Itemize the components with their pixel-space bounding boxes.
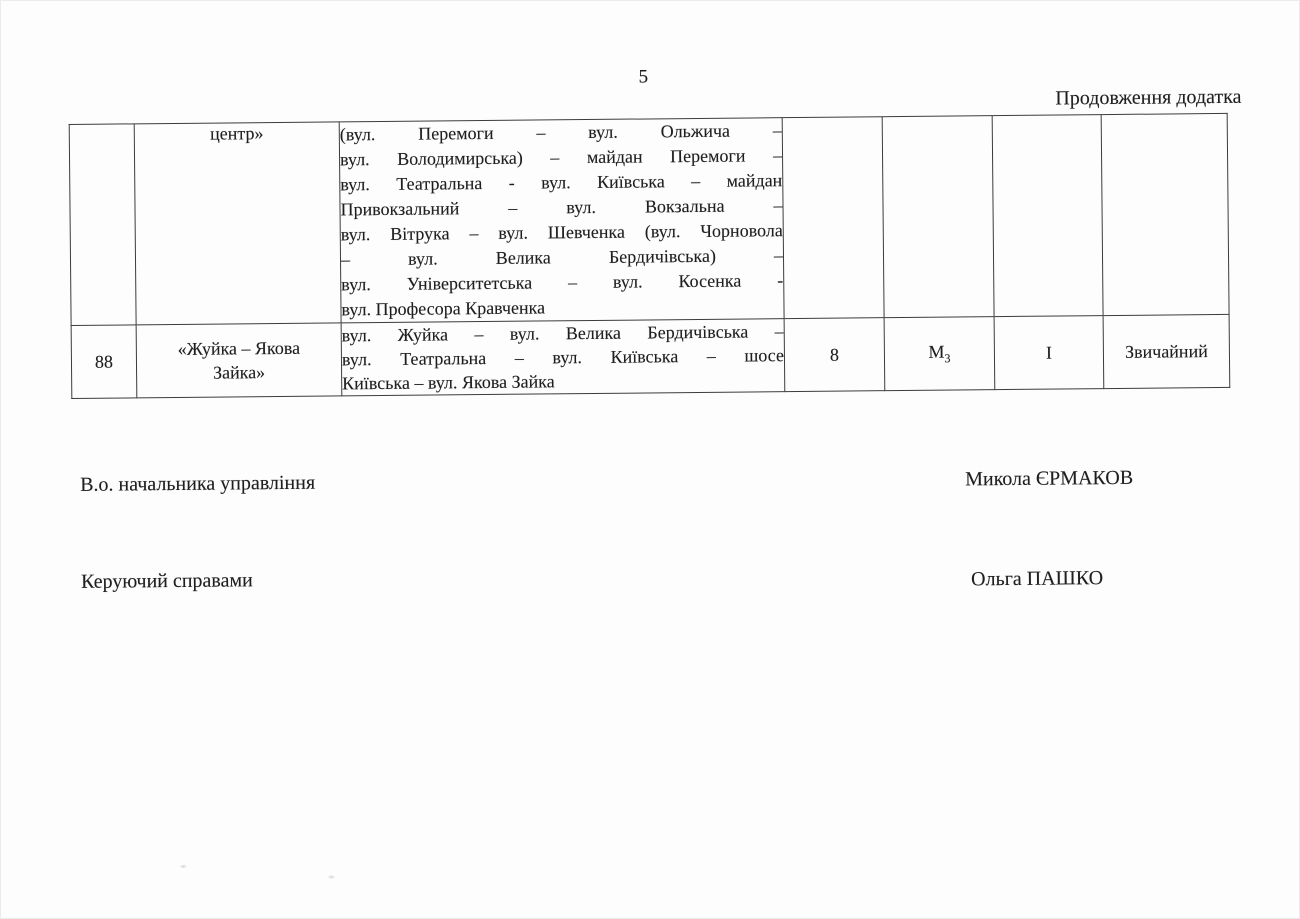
- routes-table: центр» (вул. Перемоги – вул. Ольжича – в…: [69, 113, 1231, 399]
- signature-name-1: Микола ЄРМАКОВ: [965, 467, 1133, 492]
- cell-route-name: «Жуйка – Якова Зайка»: [136, 323, 342, 398]
- route-name-line: «Жуйка – Якова: [137, 335, 341, 361]
- cell-bus-class: [882, 116, 994, 318]
- table-row-continued: центр» (вул. Перемоги – вул. Ольжича – в…: [69, 113, 1229, 325]
- cell-bus-class: М3: [884, 317, 995, 391]
- route-path-line: вул. Професора Кравченка: [341, 293, 783, 322]
- cell-route-number: 88: [71, 325, 137, 399]
- bus-class-subscript: 3: [944, 351, 950, 365]
- bus-class-value: М: [928, 341, 944, 361]
- cell-route-path: (вул. Перемоги – вул. Ольжича – вул. Вол…: [339, 118, 784, 323]
- route-path-line: Київська – вул. Якова Зайка: [342, 367, 784, 395]
- cell-length: 8: [784, 318, 885, 392]
- scan-content: 5 Продовження додатка центр»: [0, 0, 1300, 919]
- signature-title-1: В.о. начальника управління: [80, 472, 315, 497]
- cell-route-path: вул. Жуйка – вул. Велика Бердичівська – …: [341, 319, 785, 396]
- route-name-line: центр»: [135, 122, 339, 145]
- cell-category: [992, 115, 1103, 317]
- document-page: 5 Продовження додатка центр»: [0, 0, 1300, 919]
- cell-route-name: центр»: [134, 122, 341, 325]
- route-name-line: Зайка»: [137, 359, 341, 385]
- cell-route-number: [69, 124, 136, 326]
- route-path-line: вул. Університетська – вул. Косенка -: [341, 268, 783, 297]
- route-path-line: вул. Театральна – вул. Київська – шосе: [342, 343, 784, 371]
- signature-name-2: Ольга ПАШКО: [971, 567, 1103, 591]
- cell-service-type: [1101, 113, 1229, 315]
- cell-length: [782, 117, 884, 319]
- scan-speckle: [330, 876, 333, 879]
- cell-category: I: [994, 316, 1104, 390]
- signature-title-2: Керуючий справами: [81, 569, 253, 594]
- table-row-88: 88 «Жуйка – Якова Зайка» вул. Жуйка – ву…: [71, 314, 1230, 398]
- cell-service-type: Звичайний: [1103, 314, 1230, 388]
- scan-speckle: [182, 865, 185, 868]
